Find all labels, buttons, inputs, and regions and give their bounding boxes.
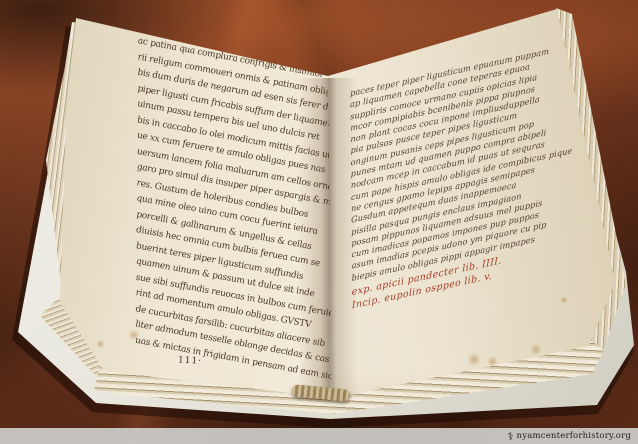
- right-page-text: paces teper piper ligusticum epuanum pup…: [350, 41, 573, 313]
- watermark-band: ⚕ nyamcenterforhistory.org: [0, 428, 638, 444]
- stain: [530, 344, 542, 355]
- folio-number: 111·: [178, 355, 203, 366]
- watermark-text: nyamcenterforhistory.org: [517, 431, 631, 441]
- stain: [467, 353, 481, 366]
- staff-of-asclepius-icon: ⚕: [508, 431, 514, 442]
- manuscript-photo: ac patina qua complura confrigis & insim…: [0, 0, 638, 444]
- gutter-shadow: [298, 78, 358, 398]
- stain: [560, 296, 568, 304]
- stain: [96, 340, 105, 348]
- stain: [128, 330, 140, 340]
